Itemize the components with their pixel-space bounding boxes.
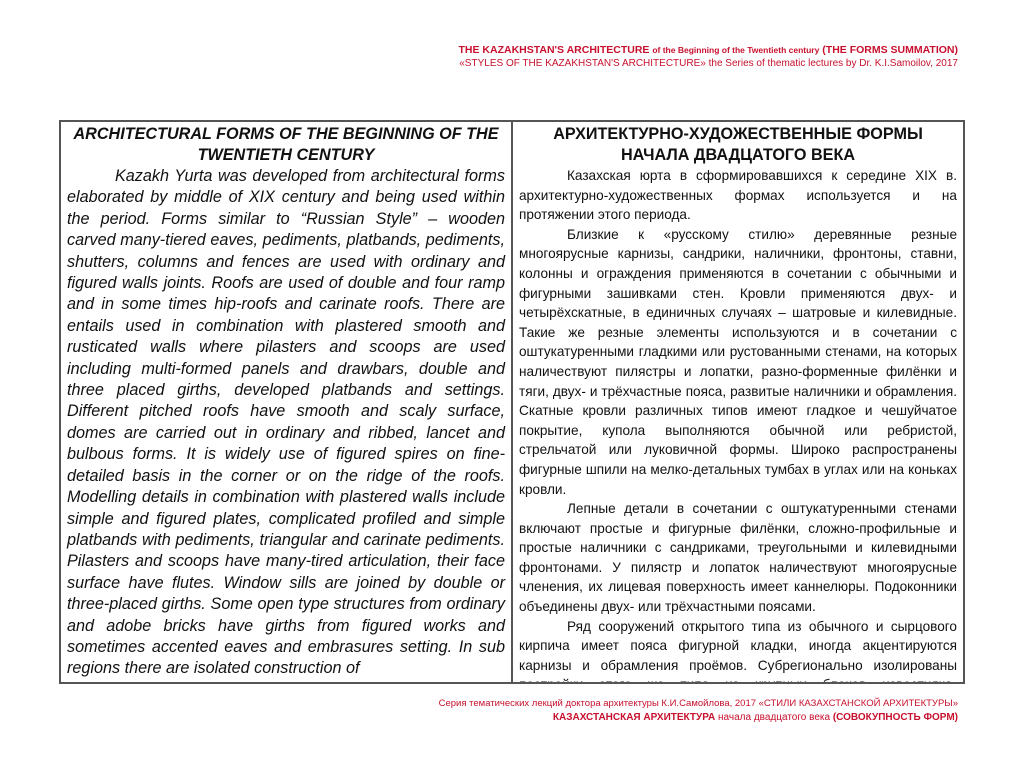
footer-line-2: КАЗАХСТАНСКАЯ АРХИТЕКТУРА начала двадцат…	[439, 711, 958, 725]
header-line-1: THE KAZAKHSTAN'S ARCHITECTURE of the Beg…	[459, 43, 959, 57]
russian-title: АРХИТЕКТУРНО-ХУДОЖЕСТВЕННЫЕ ФОРМЫ НАЧАЛА…	[519, 124, 957, 166]
footer-title-end: (СОВОКУПНОСТЬ ФОРМ)	[833, 712, 958, 723]
english-column: ARCHITECTURAL FORMS OF THE BEGINNING OF …	[61, 122, 513, 682]
russian-column: АРХИТЕКТУРНО-ХУДОЖЕСТВЕННЫЕ ФОРМЫ НАЧАЛА…	[513, 122, 963, 682]
header-title-end: (THE FORMS SUMMATION)	[822, 44, 958, 56]
footer-title: КАЗАХСТАНСКАЯ АРХИТЕКТУРА	[553, 712, 715, 723]
russian-paragraph: Близкие к «русскому стилю» деревянные ре…	[519, 225, 957, 499]
header-title: THE KAZAKHSTAN'S ARCHITECTURE	[459, 44, 650, 56]
russian-paragraph: Лепные детали в сочетании с оштукатуренн…	[519, 499, 957, 617]
english-paragraph: Kazakh Yurta was developed from architec…	[67, 166, 505, 680]
slide-header: THE KAZAKHSTAN'S ARCHITECTURE of the Beg…	[459, 43, 959, 71]
bilingual-text-table: ARCHITECTURAL FORMS OF THE BEGINNING OF …	[59, 120, 965, 684]
slide-footer: Серия тематических лекций доктора архите…	[439, 697, 958, 725]
header-line-2: «STYLES OF THE KAZAKHSTAN'S ARCHITECTURE…	[459, 57, 959, 71]
footer-subtitle: начала двадцатого века	[718, 712, 830, 723]
footer-line-1: Серия тематических лекций доктора архите…	[439, 697, 958, 711]
russian-paragraph: Казахская юрта в сформировавшихся к сере…	[519, 166, 957, 225]
header-subtitle: of the Beginning of the Twentieth centur…	[652, 45, 819, 55]
russian-paragraph: Ряд сооружений открытого типа из обычног…	[519, 617, 957, 682]
english-title: ARCHITECTURAL FORMS OF THE BEGINNING OF …	[67, 124, 505, 166]
